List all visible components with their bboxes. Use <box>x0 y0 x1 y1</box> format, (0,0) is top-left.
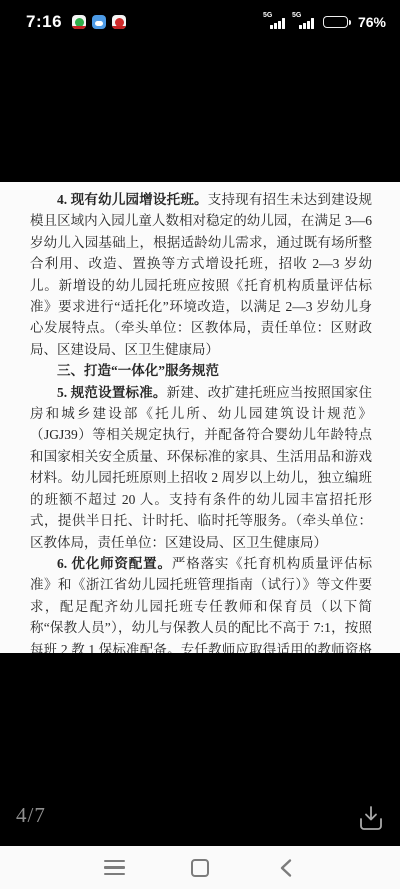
back-chevron-icon <box>278 858 294 878</box>
signal-bars-sim1 <box>270 18 285 29</box>
paragraph-lead-bold: 5. 规范设置标准。 <box>57 385 167 400</box>
signal-sim2-icon: 5G <box>292 13 314 31</box>
section-heading: 三、打造“一体化”服务规范 <box>30 360 372 381</box>
paragraph-lead-bold: 6. 优化师资配置。 <box>57 556 172 571</box>
paragraph-text: 支持现有招生未达到建设规模且区域内入园儿童人数相对稳定的幼儿园，在满足 3—6 … <box>30 192 372 357</box>
back-button[interactable] <box>243 846 329 889</box>
status-time: 7:16 <box>26 12 62 32</box>
download-button[interactable] <box>354 800 388 836</box>
paragraph-lead-bold: 三、打造“一体化”服务规范 <box>57 363 219 378</box>
status-bar-right: 5G 5G 76% <box>263 13 386 31</box>
menu-icon <box>104 860 125 875</box>
weather-icon <box>92 15 106 29</box>
home-button[interactable] <box>157 846 243 889</box>
paragraph-lead-bold: 4. 现有幼儿园增设托班。 <box>57 192 208 207</box>
green-app-icon <box>72 15 86 29</box>
menu-button[interactable] <box>71 846 157 889</box>
document-paragraph: 6. 优化师资配置。严格落实《托育机构质量评估标准》和《浙江省幼儿园托班管理指南… <box>30 553 372 653</box>
paragraph-text: 新建、改扩建托班应当按照国家住房和城乡建设部《托儿所、幼儿园建筑设计规范》（JG… <box>30 385 372 550</box>
battery-percent-label: 76% <box>358 14 386 30</box>
android-nav-bar <box>0 846 400 889</box>
battery-shell <box>323 16 348 29</box>
document-page[interactable]: 4. 现有幼儿园增设托班。支持现有招生未达到建设规模且区域内入园儿童人数相对稳定… <box>0 182 400 653</box>
phone-screen: 7:16 5G 5G 76% 4. 现有幼儿园增设托班。支持现有招生未达到建设规… <box>0 0 400 889</box>
home-icon <box>191 859 209 877</box>
red-app-icon <box>112 15 126 29</box>
signal-sim1-icon: 5G <box>263 13 285 31</box>
signal-bars-sim2 <box>299 18 314 29</box>
status-bar-left: 7:16 <box>26 12 126 32</box>
red-app-icon-glyph <box>115 18 124 27</box>
document-paragraph: 5. 规范设置标准。新建、改扩建托班应当按照国家住房和城乡建设部《托儿所、幼儿园… <box>30 382 372 553</box>
battery-icon <box>323 16 351 29</box>
page-indicator: 4/7 <box>16 803 46 828</box>
document-paragraph: 4. 现有幼儿园增设托班。支持现有招生未达到建设规模且区域内入园儿童人数相对稳定… <box>30 189 372 360</box>
weather-icon-cloud <box>95 21 103 26</box>
status-bar: 7:16 5G 5G 76% <box>0 0 400 40</box>
download-icon <box>358 804 384 832</box>
green-app-icon-glyph <box>75 18 84 27</box>
battery-tip <box>349 20 351 25</box>
